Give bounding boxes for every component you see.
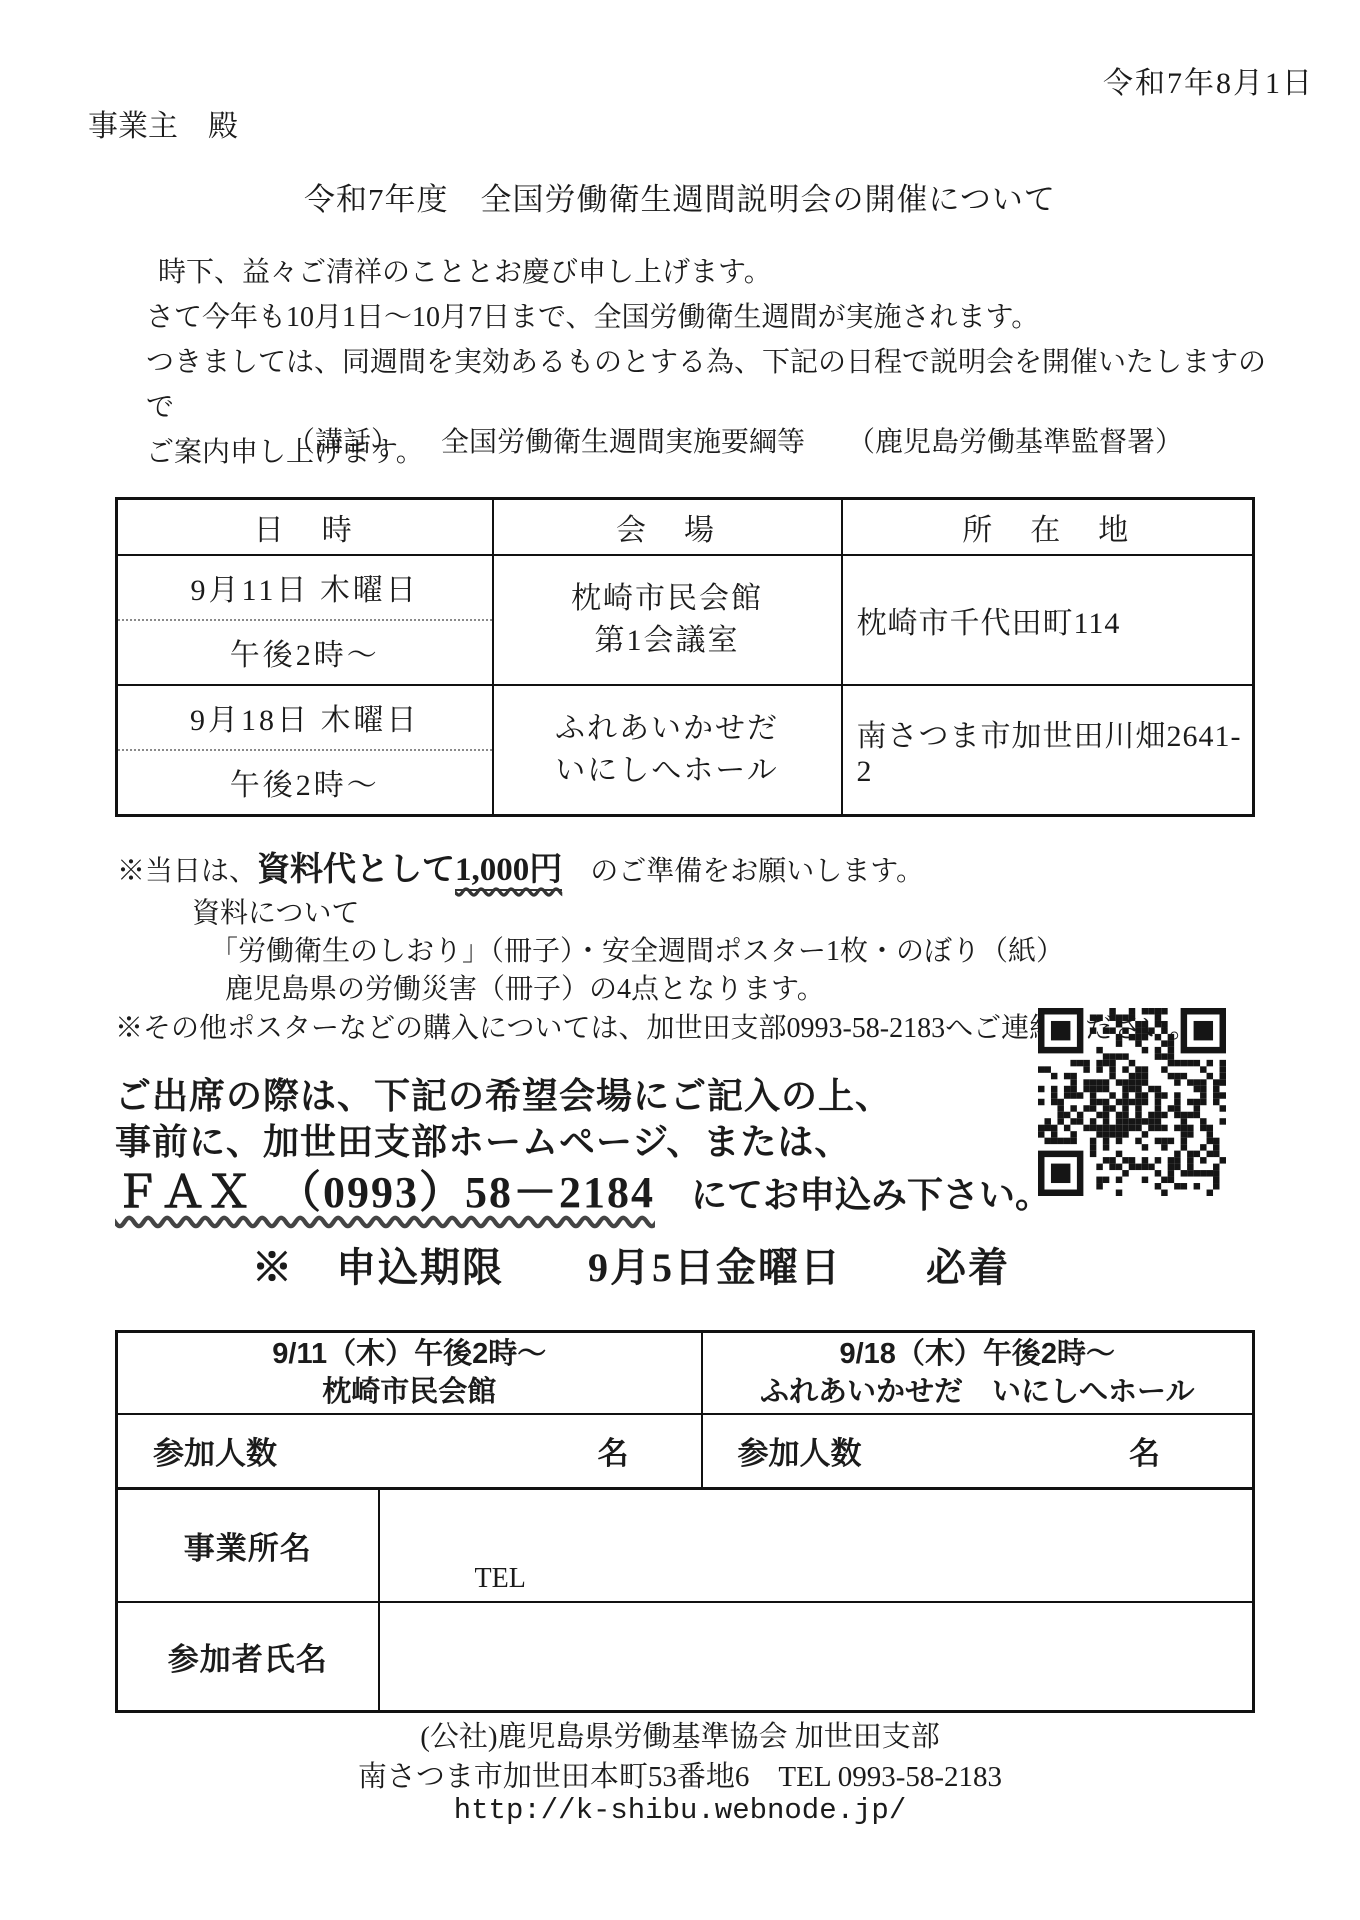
- participants-cell-session-2: 参加人数 名: [702, 1414, 1254, 1489]
- company-name-label: 事業所名: [117, 1489, 379, 1602]
- venue-name: ふれあいかせだ: [494, 708, 841, 750]
- application-form-table: 9/11（木）午後2時～ 枕崎市民会館 9/18（木）午後2時～ ふれあいかせだ…: [115, 1330, 1255, 1713]
- schedule-table: 日 時 会 場 所 在 地 9月11日 木曜日 午後2時～ 枕崎市民会館 第1会…: [115, 497, 1255, 817]
- poster-purchase-note: ※その他ポスターなどの購入については、加世田支部0993-58-2183へご連絡…: [115, 1006, 1197, 1046]
- form-session-1-venue: 枕崎市民会館: [118, 1373, 701, 1411]
- materials-line-1: 「労働衛生のしおり」（冊子）・安全週間ポスター1枚・のぼり（紙）: [210, 929, 1064, 969]
- form-session-2-datetime: 9/18（木）午後2時～: [703, 1335, 1253, 1373]
- venue-name: 枕崎市民会館: [494, 578, 841, 620]
- application-instruction-line-1: ご出席の際は、下記の希望会場にご記入の上、: [115, 1068, 892, 1119]
- body-line: 時下、益々ご清祥のこととお慶び申し上げます。: [146, 250, 1280, 295]
- form-session-2-venue: ふれあいかせだ いにしへホール: [703, 1373, 1253, 1411]
- fax-application-line: ＦＡＸ （0993）58－2184 にてお申込み下さい。: [115, 1156, 1051, 1220]
- form-session-1-datetime: 9/11（木）午後2時～: [118, 1335, 701, 1373]
- schedule-row-1: 9月11日 木曜日 午後2時～ 枕崎市民会館 第1会議室 枕崎市千代田町114: [117, 555, 1254, 685]
- addressee: 事業主 殿: [88, 101, 238, 145]
- participants-cell-session-1: 参加人数 名: [117, 1414, 702, 1489]
- venue-room: 第1会議室: [494, 620, 841, 662]
- fee-note-suffix: のご準備をお願いします。: [562, 856, 924, 887]
- document-date: 令和7年8月1日: [0, 58, 1314, 102]
- participant-name-field: [379, 1602, 1254, 1712]
- lecture-note: （講話） 全国労働衛生週間実施要綱等 （鹿児島労働基準監督署）: [287, 420, 1183, 460]
- header-datetime: 日 時: [117, 499, 493, 555]
- session-time: 午後2時～: [118, 749, 492, 814]
- materials-label: 資料について: [192, 891, 359, 931]
- footer-url-link[interactable]: http://k-shibu.webnode.jp/: [0, 1794, 1360, 1827]
- company-row: 事業所名 TEL: [117, 1489, 1254, 1602]
- venue-cell: 枕崎市民会館 第1会議室: [493, 555, 842, 685]
- participants-counter: 名: [598, 1428, 629, 1473]
- tel-label: TEL: [475, 1563, 526, 1595]
- body-line: つきましては、同週間を実効あるものとする為、下記の日程で説明会を開催いたしますの…: [146, 340, 1280, 430]
- fee-note-prefix: ※当日は、: [117, 856, 257, 887]
- address-cell: 枕崎市千代田町114: [842, 555, 1254, 685]
- schedule-row-2: 9月18日 木曜日 午後2時～ ふれあいかせだ いにしへホール 南さつま市加世田…: [117, 685, 1254, 816]
- datetime-cell: 9月18日 木曜日 午後2時～: [117, 685, 493, 816]
- address-cell: 南さつま市加世田川畑2641-2: [842, 685, 1254, 816]
- venue-room: いにしへホール: [494, 750, 841, 792]
- fee-amount: 1,000円: [455, 852, 562, 891]
- application-deadline: ※ 申込期限 9月5日金曜日 必着: [252, 1236, 1010, 1293]
- participants-label: 参加人数: [703, 1428, 862, 1473]
- participants-counter: 名: [1129, 1428, 1160, 1473]
- fax-suffix: にてお申込み下さい。: [655, 1175, 1051, 1215]
- body-line: さて今年も10月1日～10月7日まで、全国労働衛生週間が実施されます。: [146, 295, 1280, 340]
- participant-name-row: 参加者氏名: [117, 1602, 1254, 1712]
- fee-note-bold: 資料代として: [257, 852, 455, 888]
- fee-note: ※当日は、資料代として1,000円 のご準備をお願いします。: [117, 843, 924, 890]
- materials-line-2: 鹿児島県の労働災害（冊子）の4点となります。: [225, 967, 825, 1007]
- participant-name-label: 参加者氏名: [117, 1602, 379, 1712]
- company-name-field: TEL: [379, 1489, 1254, 1602]
- document-page: 令和7年8月1日 事業主 殿 令和7年度 全国労働衛生週間説明会の開催について …: [0, 0, 1360, 1920]
- header-location: 所 在 地: [842, 499, 1254, 555]
- form-session-1-header: 9/11（木）午後2時～ 枕崎市民会館: [117, 1332, 702, 1414]
- header-venue: 会 場: [493, 499, 842, 555]
- venue-cell: ふれあいかせだ いにしへホール: [493, 685, 842, 816]
- document-title: 令和7年度 全国労働衛生週間説明会の開催について: [0, 174, 1360, 219]
- qr-code: [1038, 1008, 1226, 1196]
- participants-label: 参加人数: [118, 1428, 277, 1473]
- session-time: 午後2時～: [118, 619, 492, 684]
- session-date: 9月18日 木曜日: [118, 686, 492, 749]
- schedule-header-row: 日 時 会 場 所 在 地: [117, 499, 1254, 555]
- footer-organization: (公社)鹿児島県労働基準協会 加世田支部: [0, 1714, 1360, 1755]
- fax-number: ＦＡＸ （0993）58－2184: [115, 1168, 655, 1217]
- session-date: 9月11日 木曜日: [118, 556, 492, 619]
- form-session-2-header: 9/18（木）午後2時～ ふれあいかせだ いにしへホール: [702, 1332, 1254, 1414]
- form-header-row: 9/11（木）午後2時～ 枕崎市民会館 9/18（木）午後2時～ ふれあいかせだ…: [117, 1332, 1254, 1414]
- participants-row: 参加人数 名 参加人数 名: [117, 1414, 1254, 1489]
- datetime-cell: 9月11日 木曜日 午後2時～: [117, 555, 493, 685]
- footer-address: 南さつま市加世田本町53番地6 TEL 0993-58-2183: [0, 1754, 1360, 1795]
